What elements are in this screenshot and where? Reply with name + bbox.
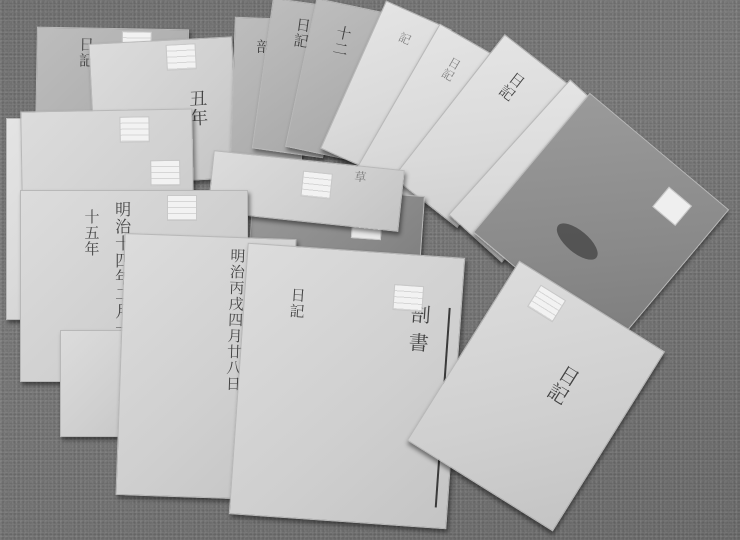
- title-label: [300, 171, 333, 200]
- title-label: [167, 195, 197, 221]
- handwritten-title: 日記: [542, 360, 583, 407]
- notebook: 日記 剖 書: [229, 243, 465, 530]
- handwritten-title: 草: [352, 170, 366, 184]
- title-label: [392, 284, 424, 312]
- handwritten-title: 日記: [288, 287, 307, 320]
- handwritten-title: 十二: [330, 24, 353, 59]
- title-label: [527, 285, 566, 323]
- title-label: [150, 160, 180, 187]
- ink-stain: [551, 217, 603, 266]
- handwritten-title: 日記: [495, 68, 528, 103]
- title-label: [119, 116, 149, 143]
- photograph: 日記 丑年 剖 日記 十二 記 日記 日記 日記 草: [0, 0, 740, 540]
- title-label: [166, 43, 197, 71]
- handwritten-subtitle: 十五年: [83, 209, 100, 257]
- handwritten-title: 記: [395, 30, 412, 47]
- handwritten-title: 日記: [438, 54, 462, 83]
- title-label: [652, 187, 692, 226]
